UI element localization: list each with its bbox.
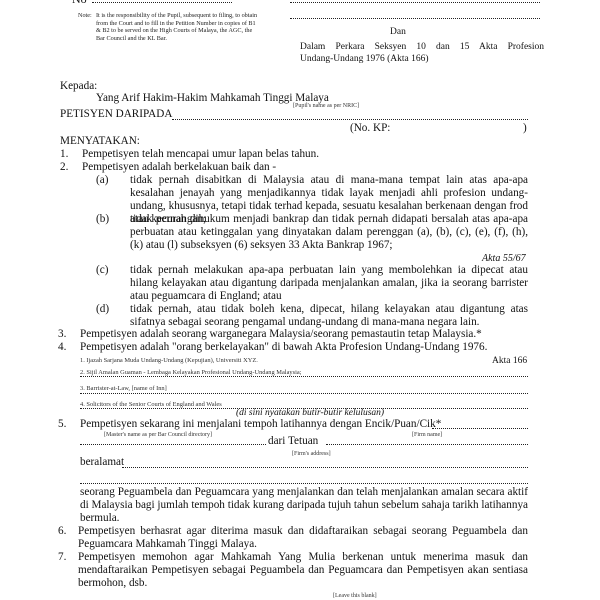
subitem-a-label: (a) bbox=[96, 174, 108, 186]
petitioner-label: PETISYEN DARIPADA bbox=[60, 108, 172, 121]
subitem-c-label: (c) bbox=[96, 264, 108, 276]
item-1-text: Pempetisyen telah mencapai umur lapan be… bbox=[82, 148, 319, 161]
item-1-number: 1. bbox=[60, 148, 68, 160]
party-line-1[interactable] bbox=[290, 2, 540, 3]
note-text: It is the responsibility of the Pupil, s… bbox=[96, 12, 258, 42]
item-5-paragraph: seorang Peguambela dan Peguamcara yang m… bbox=[80, 486, 528, 525]
item-4-text: Pempetisyen adalah "orang berkelayakan" … bbox=[80, 341, 487, 354]
note-label: Note: bbox=[78, 12, 92, 20]
petitioner-name-field[interactable] bbox=[172, 119, 528, 120]
item-4-number: 4. bbox=[58, 341, 66, 353]
item-3-text: Pempetisyen adalah seorang warganegara M… bbox=[80, 328, 482, 341]
item-3-number: 3. bbox=[58, 328, 66, 340]
item-2-number: 2. bbox=[60, 161, 68, 173]
item-5-text: Pempetisyen sekarang ini menjalani tempo… bbox=[80, 418, 441, 431]
qualification-3[interactable]: 3. Barrister-at-Law, [name of Inn] bbox=[80, 385, 167, 392]
margin-note-akta-166: Akta 166 bbox=[492, 355, 527, 368]
firm-address-field[interactable] bbox=[122, 467, 528, 468]
party-line-2[interactable] bbox=[290, 18, 540, 19]
qualification-line-2[interactable] bbox=[80, 376, 528, 377]
master-name-field[interactable] bbox=[432, 428, 528, 429]
leave-blank-hint: [Leave this blank] bbox=[333, 593, 377, 599]
qualification-2[interactable]: 2. Sijil Amalan Guaman - Lembaga Kelayak… bbox=[80, 369, 301, 376]
master-name-field-cont[interactable] bbox=[80, 444, 266, 445]
matter-line-2: Undang-Undang 1976 (Akta 166) bbox=[300, 53, 429, 66]
item-5-number: 5. bbox=[58, 418, 66, 430]
dan-label: Dan bbox=[390, 26, 406, 39]
dari-tetuan-label: dari Tetuan bbox=[268, 435, 318, 448]
kp-close: ) bbox=[523, 122, 527, 135]
item-7-text: Pempetisyen memohon agar Mahkamah Yang M… bbox=[78, 551, 528, 590]
case-number-field[interactable] bbox=[92, 2, 232, 3]
kp-open: (No. KP: bbox=[350, 122, 390, 135]
subitem-b-text: tidak pernah dihukum menjadi bankrap dan… bbox=[130, 213, 528, 252]
subitem-c-text: tidak pernah melakukan apa-apa perbuatan… bbox=[130, 264, 528, 303]
firm-address-hint: [Firm's address] bbox=[292, 451, 331, 457]
qualification-1[interactable]: 1. Ijazah Sarjana Muda Undang-Undang (Ke… bbox=[80, 357, 258, 364]
beralamat-label: beralamat bbox=[80, 456, 124, 469]
menyatakan-heading: MENYATAKAN: bbox=[60, 135, 140, 148]
pupil-name-hint: [Pupil's name as per NRIC] bbox=[293, 103, 359, 109]
item-6-number: 6. bbox=[58, 525, 66, 537]
qualification-4[interactable]: 4. Solicitors of the Senior Courts of En… bbox=[80, 401, 222, 408]
item-7-number: 7. bbox=[58, 551, 66, 563]
kepada-label: Kepada: bbox=[60, 80, 97, 93]
subitem-d-text: tidak pernah, atau tidak boleh kena, dip… bbox=[130, 303, 528, 329]
qualification-line-3[interactable] bbox=[80, 393, 528, 394]
case-number-prefix: No bbox=[72, 0, 87, 6]
item-2-text: Pempetisyen adalah berkelakuan baik dan … bbox=[82, 161, 276, 174]
firm-name-field[interactable] bbox=[326, 444, 528, 445]
firm-address-field-2[interactable] bbox=[80, 483, 528, 484]
firm-name-hint: [Firm name] bbox=[412, 432, 442, 438]
subitem-b-label: (b) bbox=[96, 213, 109, 225]
subitem-d-label: (d) bbox=[96, 303, 109, 315]
master-name-hint: [Master's name as per Bar Council direct… bbox=[104, 432, 212, 438]
item-6-text: Pempetisyen berhasrat agar diterima masu… bbox=[78, 525, 528, 551]
filing-note: Note: It is the responsibility of the Pu… bbox=[78, 12, 258, 42]
